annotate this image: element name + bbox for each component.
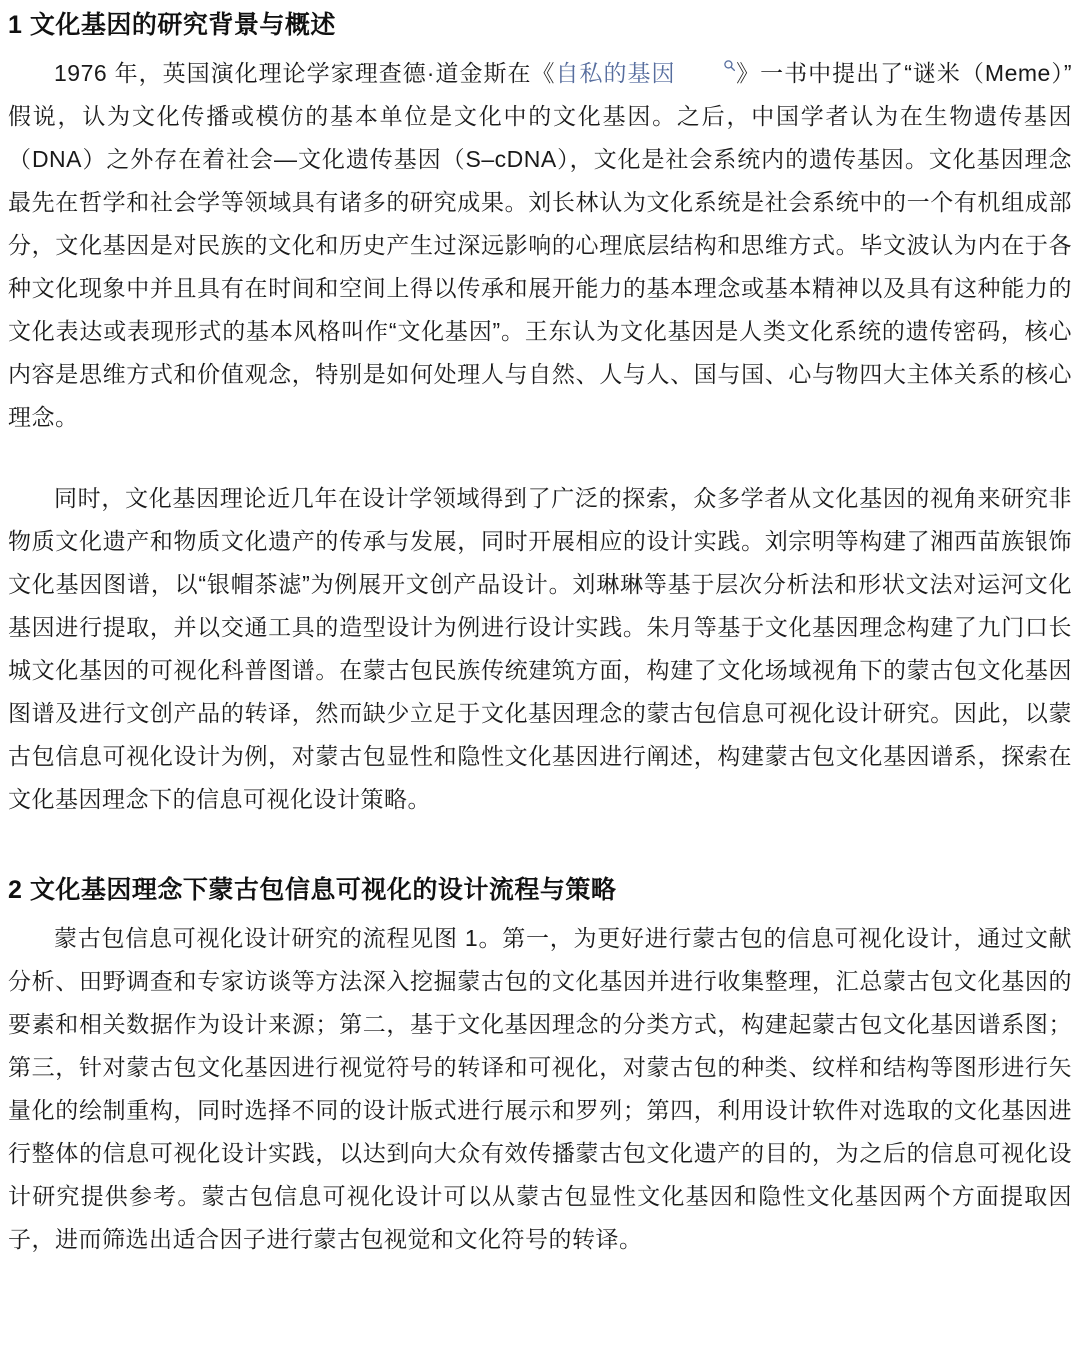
- section-1-paragraph-2: 同时，文化基因理论近几年在设计学领域得到了广泛的探索，众多学者从文化基因的视角来…: [8, 477, 1072, 821]
- section-1-paragraph-1: 1976 年，英国演化理论学家理查德·道金斯在《自私的基因》一书中提出了“谜米（…: [8, 52, 1072, 439]
- paragraph-text: 》一书中提出了“谜米（Meme）”假说，认为文化传播或模仿的基本单位是文化中的文…: [8, 60, 1072, 430]
- paragraph-text: 1976 年，英国演化理论学家理查德·道金斯在《: [54, 60, 556, 86]
- reference-link-label[interactable]: 自私的基因: [556, 60, 676, 86]
- section-2-heading: 2 文化基因理念下蒙古包信息可视化的设计流程与策略: [8, 873, 1072, 907]
- section-2-paragraph-1: 蒙古包信息可视化设计研究的流程见图 1。第一，为更好进行蒙古包的信息可视化设计，…: [8, 917, 1072, 1261]
- reference-link[interactable]: 自私的基因: [556, 60, 736, 86]
- search-icon[interactable]: [677, 59, 736, 72]
- article-body: 1 文化基因的研究背景与概述 1976 年，英国演化理论学家理查德·道金斯在《自…: [8, 8, 1072, 1261]
- section-1-heading: 1 文化基因的研究背景与概述: [8, 8, 1072, 42]
